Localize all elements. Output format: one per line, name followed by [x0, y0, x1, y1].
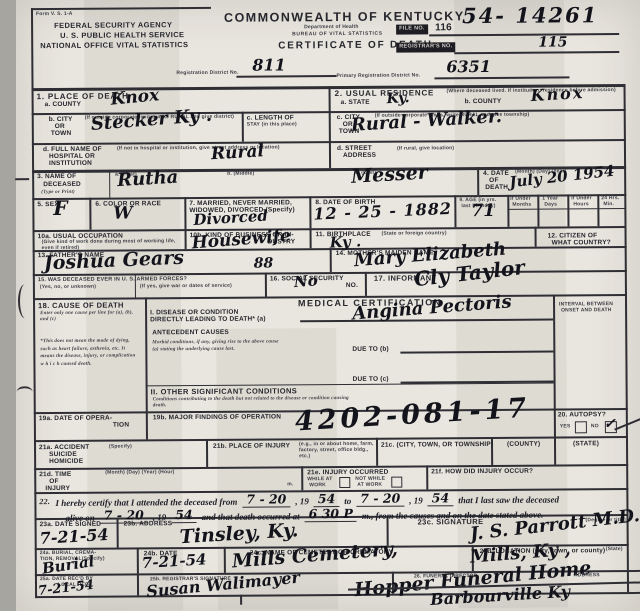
res-state-value: Ky. — [386, 90, 410, 107]
grid-line — [554, 409, 556, 437]
grid-line — [477, 167, 479, 195]
grid-line — [426, 465, 428, 489]
agency-line-3: NATIONAL OFFICE VITAL STATISTICS — [40, 41, 188, 51]
cause-note: Enter only one cause per line for (a), (… — [40, 310, 140, 322]
state-file-no-handwritten: 54- 14261 — [462, 2, 598, 28]
grid-line — [567, 194, 569, 226]
time-of-injury-label3: INJURY — [45, 485, 70, 493]
res-county-label: b. COUNTY — [465, 98, 502, 106]
pod-county-value: Knox — [110, 85, 160, 109]
certify-year-1a: , 19 — [295, 496, 309, 506]
how-injury-label: 21f. HOW DID INJURY OCCUR? — [431, 468, 533, 476]
grid-line — [330, 248, 332, 272]
header-underline — [429, 33, 619, 36]
pod-city-value: Stecker Ky . — [90, 105, 212, 135]
scan-artifact-tick — [240, 595, 242, 605]
sex-value: F — [53, 196, 67, 220]
pod-city-label3: TOWN — [51, 130, 72, 138]
funeral-address-label: ADDRESS — [574, 573, 600, 579]
grid-line — [309, 196, 311, 228]
res-state-label: a. STATE — [341, 99, 370, 107]
dod-label3: DEATH — [485, 184, 508, 192]
grid-line — [137, 573, 139, 595]
ssn-label2: NO. — [346, 282, 358, 290]
antecedent-label: ANTECEDENT CAUSES — [152, 329, 229, 337]
not-while-at-work-checkbox — [391, 477, 402, 488]
address-value: Tinsley, Ky. — [179, 519, 299, 548]
address-label: 23b. ADDRESS — [124, 520, 173, 528]
cause-title: 18. CAUSE OF DEATH — [38, 302, 124, 311]
grid-line — [553, 295, 555, 409]
armed-forces-note1: (Yes, no, or unknown) — [40, 285, 96, 291]
name-last-value: Messer — [351, 161, 429, 188]
grid-line — [507, 195, 509, 227]
name-middle-label: b. (Middle) — [227, 172, 254, 178]
grid-line — [329, 86, 331, 168]
name-title2: DECEASED — [43, 181, 81, 189]
autopsy-yes-label: YES — [560, 424, 571, 430]
commonwealth-title: COMMONWEALTH OF KENTUCKY — [224, 9, 465, 25]
primary-district-label: Primary Registration District No. — [336, 73, 420, 79]
grid-line — [185, 229, 187, 249]
paper-sheet: Form V. S. 1-A FEDERAL SECURITY AGENCY U… — [16, 0, 640, 611]
certify-year-3b: 54 — [171, 509, 196, 523]
scan-artifact-dash — [15, 178, 29, 180]
writing-line — [300, 319, 553, 322]
registrars-no-value: 115 — [538, 34, 567, 50]
certify-year-2b: 54 — [428, 492, 453, 506]
grid-line — [376, 438, 378, 466]
antecedent-note: Morbid conditions, if any, giving rise t… — [152, 338, 282, 353]
scan-artifact-paren — [18, 284, 32, 318]
certify-number: 22. — [39, 497, 50, 506]
not-while-at-work-label2: AT WORK — [357, 483, 382, 489]
injury-state-label: (STATE) — [573, 440, 599, 448]
agency-line-1: FEDERAL SECURITY AGENCY — [54, 21, 172, 30]
agency-line-2: U. S. PUBLIC HEALTH SERVICE — [60, 31, 184, 40]
due-to-b-label: DUE TO (b) — [352, 346, 389, 354]
time-of-injury-m: m. — [287, 482, 293, 488]
name-title-note: (Type or Print) — [41, 190, 75, 196]
while-at-work-label2: WORK — [309, 483, 326, 489]
certify-time: 6 30 P — [305, 508, 357, 522]
registrars-no-label: REGISTRAR'S NO. — [396, 42, 455, 52]
grid-line — [537, 195, 539, 227]
grid-line — [454, 195, 456, 227]
certify-year-1b: 54 — [314, 493, 339, 507]
pod-county-label: a. COUNTY — [45, 101, 82, 109]
disease-label2: DIRECTLY LEADING TO DEATH* (a) — [150, 316, 266, 324]
grid-line — [265, 273, 267, 297]
burial-location-state-label: (State) — [606, 547, 623, 553]
certify-date-2: 7 - 20 — [356, 493, 404, 507]
header-underline — [454, 51, 619, 54]
autopsy-label: 20. AUTOPSY? — [558, 411, 606, 419]
birthplace-note: (State or foreign country) — [382, 231, 447, 237]
grid-line — [109, 170, 110, 198]
age-box-sub-4: Min. — [603, 202, 614, 208]
date-signed-value: 7-21-54 — [39, 525, 109, 548]
age-value: 71 — [471, 201, 495, 221]
marital-value: Divorced — [193, 207, 268, 229]
grid-line — [145, 297, 147, 411]
father-value: Joshua Gears — [43, 247, 184, 275]
certify-text-2: that I last saw the deceased — [458, 494, 559, 505]
res-county-value: Knox — [530, 83, 585, 105]
grid-line — [146, 411, 148, 439]
grid-line — [137, 547, 139, 573]
findings-label: 19b. MAJOR FINDINGS OF OPERATION — [153, 413, 281, 421]
place-of-injury-note: (e.g., in or about home, farm, factory, … — [299, 442, 375, 460]
bureau-line: BUREAU OF VITAL STATISTICS — [292, 32, 383, 38]
pod-hospital-label3: INSTITUTION — [49, 160, 92, 168]
interval-label2: ONSET AND DEATH — [561, 308, 612, 314]
autopsy-yes-checkbox — [575, 421, 587, 433]
grid-line — [184, 197, 186, 229]
name-first-value: Rutha — [117, 167, 179, 192]
accident-note: (Specify) — [109, 444, 132, 450]
grid-line — [206, 439, 208, 467]
grid-line — [146, 383, 554, 387]
primary-district-value: 6351 — [446, 57, 491, 76]
grid-line — [597, 194, 599, 226]
pod-stay-label2: STAY (in this place) — [247, 122, 297, 128]
registration-district-value: 811 — [252, 55, 286, 74]
cause-footnote: *This does not mean the mode of dying, s… — [40, 337, 136, 368]
header-underline — [236, 75, 336, 77]
grid-line — [89, 198, 91, 230]
file-no-label: FILE NO. — [396, 24, 428, 34]
race-value: W — [113, 203, 132, 223]
grid-line — [301, 466, 303, 490]
burial-date-value: 7-21-54 — [141, 550, 207, 572]
header-underline — [434, 76, 569, 78]
operation-date-label2: TION — [113, 421, 129, 429]
name-title: 3. NAME OF — [37, 173, 76, 181]
grid-line — [224, 547, 226, 573]
grid-line — [534, 227, 536, 247]
age-box-sub-3: Hours — [573, 202, 588, 208]
res-street-label2: ADDRESS — [343, 152, 376, 160]
time-of-injury-columns: (Month) (Day) (Year) (Hour) — [105, 470, 174, 476]
grid-line — [310, 228, 312, 248]
injury-city-label: 21c. (CITY, TOWN, OR TOWNSHIP) — [381, 441, 493, 449]
pod-hospital-value: Rural — [210, 141, 264, 164]
scan-artifact-curve — [17, 386, 33, 398]
citizen-label2: WHAT COUNTRY? — [552, 239, 611, 247]
form-number: Form V. S. 1-A — [36, 12, 73, 18]
while-at-work-checkbox — [339, 477, 350, 488]
res-street-note: (If rural, give location) — [397, 146, 454, 152]
writing-line — [400, 351, 553, 354]
age-box-sub-2: Days — [544, 202, 557, 208]
accident-label3: HOMICIDE — [49, 458, 83, 466]
birthplace-value: Ky . — [329, 232, 361, 251]
operation-date-label: 19a. DATE OF OPERA- — [39, 415, 112, 423]
scanned-death-certificate: { "header": { "form_no": "Form V. S. 1-A… — [0, 0, 640, 611]
armed-forces-note2: (If yes, give war or dates of service) — [140, 284, 232, 290]
registration-district-label: Registration District No. — [176, 71, 238, 77]
due-to-c-label: DUE TO (c) — [353, 376, 389, 384]
grid-line — [31, 7, 211, 10]
certify-to: to — [344, 496, 351, 506]
armed-forces-value: No — [293, 271, 318, 291]
residence-title: 2. USUAL RESIDENCE — [335, 88, 435, 98]
certify-text-1: I hereby certify that I attended the dec… — [55, 497, 237, 508]
father-extra: 88 — [254, 255, 274, 271]
certify-date-1: 7 - 20 — [242, 493, 290, 507]
place-of-injury-label: 21b. PLACE OF INJURY — [213, 442, 290, 450]
autopsy-no-label: NO — [591, 424, 599, 430]
grid-line — [242, 112, 244, 142]
file-no-value: 116 — [435, 22, 452, 34]
certify-year-2a: , 19 — [409, 495, 423, 505]
grid-line — [365, 272, 367, 296]
age-box-sub-1: Months — [512, 203, 531, 209]
injury-county-label: (COUNTY) — [507, 441, 540, 449]
grid-line — [554, 437, 556, 465]
certificate-form: Form V. S. 1-A FEDERAL SECURITY AGENCY U… — [14, 0, 640, 611]
